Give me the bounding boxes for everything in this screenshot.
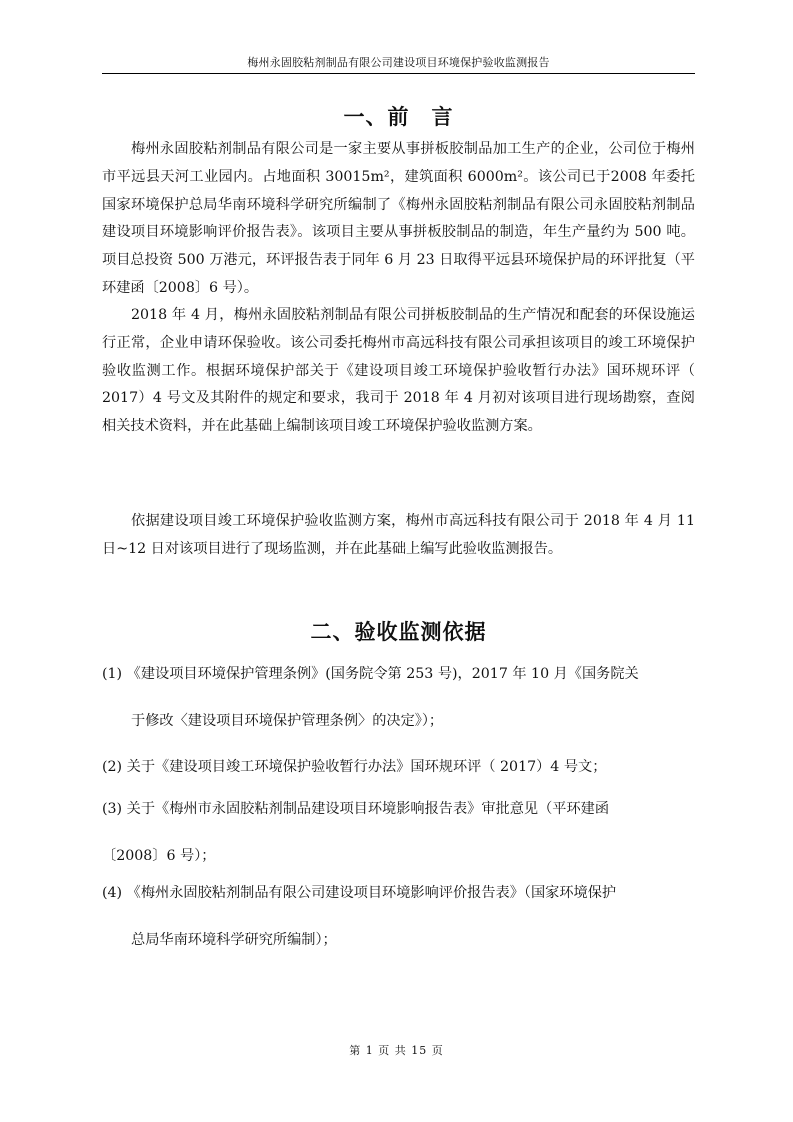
- preface-paragraph-1: 梅州永固胶粘剂制品有限公司是一家主要从事拼板胶制品加工生产的企业，公司位于梅州市…: [102, 136, 695, 303]
- list-number: (3): [102, 801, 122, 817]
- running-header: 梅州永固胶粘剂制品有限公司建设项目环境保护验收监测报告: [102, 56, 695, 70]
- basis-list-item-4: (4) 《梅州永固胶粘剂制品有限公司建设项目环境影响评价报告表》（国家环境保护 …: [102, 870, 695, 964]
- basis-list-item-1: (1) 《建设项目环境保护管理条例》(国务院令第 253 号)，2017 年 1…: [102, 651, 695, 745]
- page-footer: 第 1 页 共 15 页: [0, 1042, 793, 1058]
- list-number: (2): [102, 759, 122, 775]
- list-text-continuation: 总局华南环境科学研究所编制）；: [102, 917, 695, 964]
- header-divider: [102, 73, 695, 74]
- list-text: 关于《梅州市永固胶粘剂制品建设项目环境影响报告表》审批意见（平环建函: [127, 801, 609, 817]
- preface-paragraph-2: 2018 年 4 月，梅州永固胶粘剂制品有限公司拼板胶制品的生产情况和配套的环保…: [102, 302, 695, 441]
- section-heading-basis: 二、验收监测依据: [102, 618, 695, 646]
- list-text: 《建设项目环境保护管理条例》(国务院令第 253 号)，2017 年 10 月《…: [127, 666, 639, 682]
- document-page: 梅州永固胶粘剂制品有限公司建设项目环境保护验收监测报告 一、前 言 梅州永固胶粘…: [0, 0, 793, 1122]
- list-text: 《梅州永固胶粘剂制品有限公司建设项目环境影响评价报告表》（国家环境保护: [127, 885, 616, 901]
- list-text: 关于《建设项目竣工环境保护验收暂行办法》国环规环评（ 2017）4 号文；: [127, 759, 607, 775]
- list-number: (4): [102, 885, 122, 901]
- basis-list-item-3: (3) 关于《梅州市永固胶粘剂制品建设项目环境影响报告表》审批意见（平环建函 〔…: [102, 786, 695, 880]
- section-heading-preface: 一、前 言: [102, 103, 695, 131]
- preface-paragraph-3: 依据建设项目竣工环境保护验收监测方案，梅州市高远科技有限公司于 2018 年 4…: [102, 508, 695, 564]
- list-number: (1): [102, 666, 122, 682]
- basis-list-item-2: (2) 关于《建设项目竣工环境保护验收暂行办法》国环规环评（ 2017）4 号文…: [102, 744, 695, 791]
- list-text-continuation: 于修改〈建设项目环境保护管理条例〉的决定》）；: [102, 698, 695, 745]
